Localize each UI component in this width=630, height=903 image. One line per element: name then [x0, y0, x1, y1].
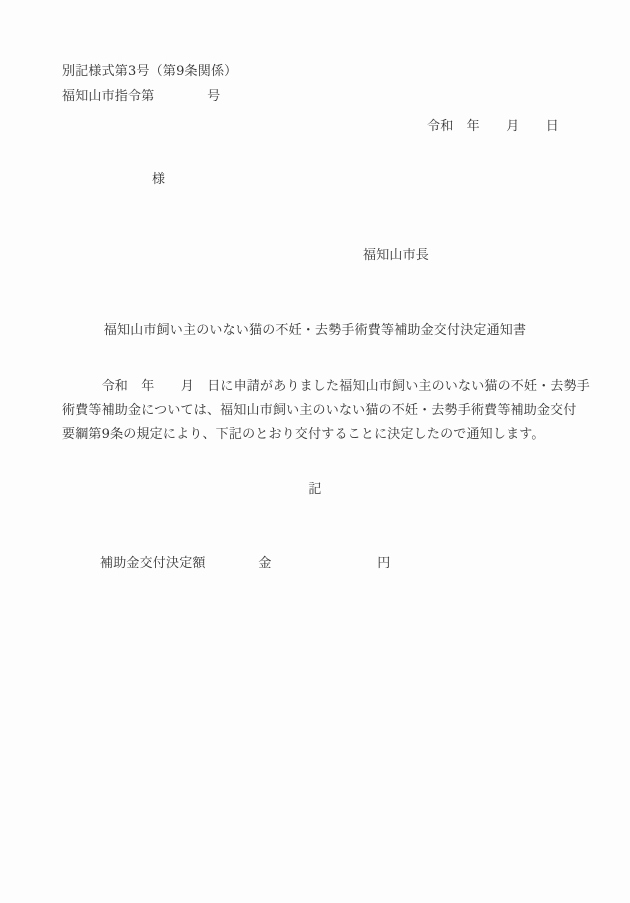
directive-number-line: 福知山市指令第 号	[62, 88, 220, 106]
document-title: 福知山市飼い主のいない猫の不妊・去勢手術費等補助金交付決定通知書	[0, 322, 630, 340]
issue-date-line: 令和 年 月 日	[427, 118, 559, 136]
body-line-3: 要綱第9条の規定により、下記のとおり交付することに決定したので通知します。	[62, 426, 545, 444]
addressee-honorific: 様	[152, 171, 165, 189]
sender-title: 福知山市長	[363, 247, 429, 265]
record-marker: 記	[0, 481, 630, 499]
body-line-2: 術費等補助金については、福知山市飼い主のいない猫の不妊・去勢手術費等補助金交付	[62, 402, 577, 420]
body-line-1: 令和 年 月 日に申請がありました福知山市飼い主のいない猫の不妊・去勢手	[62, 378, 590, 396]
form-number-line: 別記様式第3号（第9条関係）	[62, 63, 237, 81]
amount-line: 補助金交付決定額 金 円	[100, 555, 390, 573]
document-page: 別記様式第3号（第9条関係） 福知山市指令第 号 令和 年 月 日 様 福知山市…	[0, 0, 630, 903]
